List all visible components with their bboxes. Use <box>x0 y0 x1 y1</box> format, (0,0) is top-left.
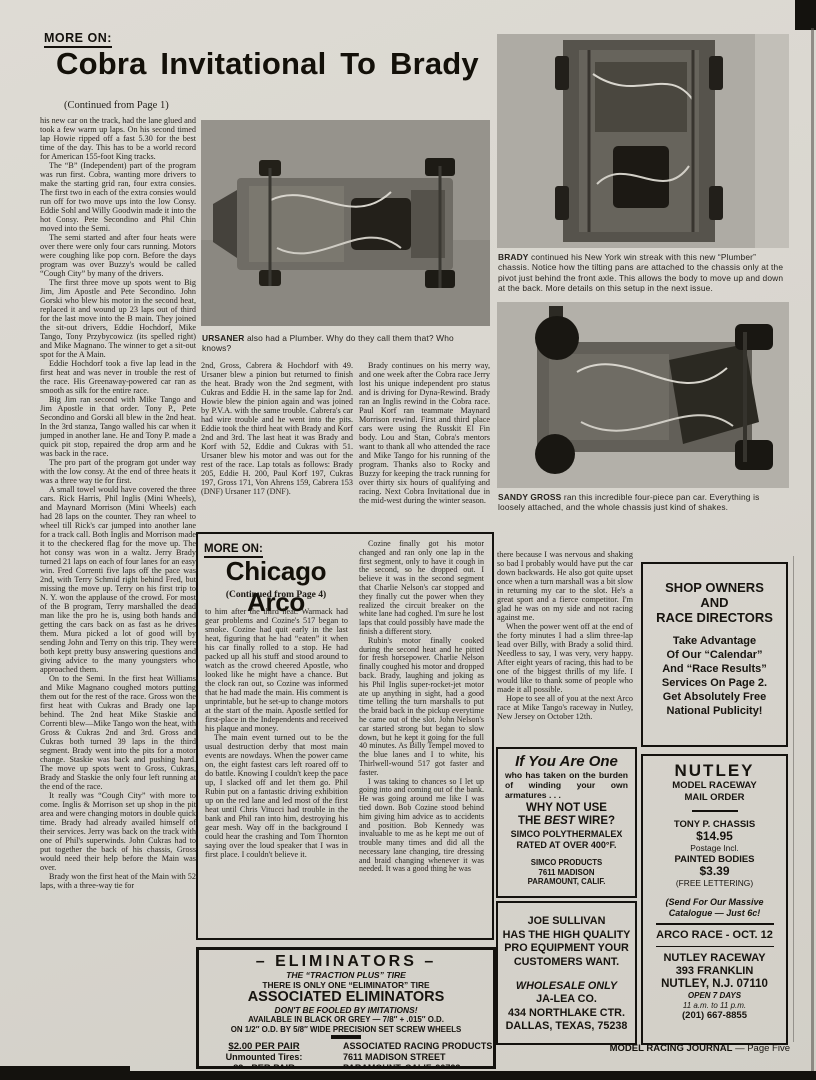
page-title: Cobra Invitational To Brady <box>56 46 479 82</box>
footer-page-number: — Page Five <box>732 1043 790 1054</box>
shop-owners-body-line: Take Advantage <box>643 634 786 648</box>
shop-owners-ad: SHOP OWNERS AND RACE DIRECTORS Take Adva… <box>641 562 788 747</box>
nutley-item-2-price: $3.39 <box>643 865 786 878</box>
simco-wire-ad: If You Are One who has taken on the burd… <box>496 747 637 898</box>
shop-owners-title-line: SHOP OWNERS <box>643 580 786 595</box>
nutley-catalog-line-1: (Send For Our Massive <box>643 897 786 908</box>
nutley-phone: (201) 667-8855 <box>643 1010 786 1022</box>
paragraph: Brady continues on his merry way, and on… <box>359 361 490 505</box>
paragraph: I was taking to chances so I let up goin… <box>359 778 484 875</box>
article-column-2: 2nd, Gross, Cabrera & Hochdorf with 49. … <box>201 361 353 531</box>
simco-rating-line: RATED AT OVER 400°F. <box>498 840 635 851</box>
paragraph: The first three move up spots went to Bi… <box>40 278 196 359</box>
eliminators-brand: ASSOCIATED ELIMINATORS <box>199 990 493 1005</box>
nutley-open-hours: 11 a.m. to 11 p.m. <box>643 1001 786 1011</box>
sullivan-line: HAS THE HIGH QUALITY <box>498 929 635 943</box>
paragraph: Rubin's motor finally cooked during the … <box>359 637 484 778</box>
ursaner-chassis-photo <box>201 120 490 326</box>
nutley-arco-race-line: ARCO RACE - OCT. 12 <box>643 929 786 942</box>
nutley-catalog-line-2: Catalogue — Just 6c! <box>643 908 786 919</box>
sullivan-address-line: 434 NORTHLAKE CTR. <box>498 1007 635 1021</box>
nutley-raceway-line: 393 FRANKLIN <box>643 965 786 978</box>
eliminators-divider <box>331 1035 361 1039</box>
nutley-subtitle-2: MAIL ORDER <box>643 792 786 804</box>
simco-why-post: WIRE? <box>575 815 615 827</box>
article-column-4: there because I was nervous and shaking … <box>497 550 633 746</box>
scan-edge-right <box>811 28 814 1071</box>
sullivan-address-line: JA-LEA CO. <box>498 993 635 1007</box>
scan-edge-top-right <box>795 0 816 30</box>
nutley-item-1-price: $14.95 <box>643 830 786 843</box>
chicago-column-2: Cozine finally got his motor changed and… <box>359 540 484 930</box>
brady-photo-art <box>497 34 789 248</box>
shop-owners-body-line: Get Absolutely Free <box>643 690 786 704</box>
paragraph: On to the Semi. In the first heat Willia… <box>40 674 196 791</box>
paragraph: It really was “Cough City” with more to … <box>40 791 196 872</box>
simco-why-pre: THE <box>518 815 544 827</box>
shop-owners-body-line: And “Race Results” <box>643 662 786 676</box>
paragraph: The main event turned out to be the usua… <box>205 733 348 859</box>
nutley-raceway-ad: NUTLEY MODEL RACEWAY MAIL ORDER TONY P. … <box>641 754 788 1045</box>
paragraph: Brady won the first heat of the Main wit… <box>40 872 196 890</box>
sullivan-line: JOE SULLIVAN <box>498 915 635 929</box>
eliminators-title: – ELIMINATORS – <box>199 953 493 970</box>
simco-why-line-2: THE BEST WIRE? <box>498 815 635 828</box>
continued-from-note: (Continued from Page 1) <box>64 100 169 111</box>
ursaner-photo-art <box>201 120 490 326</box>
sullivan-address-line: DALLAS, TEXAS, 75238 <box>498 1020 635 1034</box>
nutley-raceway-line: NUTLEY RACEWAY <box>643 952 786 965</box>
simco-intro: who has taken on the burden of winding y… <box>498 770 635 800</box>
sandy-gross-photo-art <box>497 302 789 488</box>
simco-address: SIMCO PRODUCTS 7611 MADISON PARAMOUNT, C… <box>498 858 635 887</box>
paragraph: A small towel would have covered the thr… <box>40 485 196 674</box>
shop-owners-title-block: SHOP OWNERS AND RACE DIRECTORS <box>643 580 786 625</box>
eliminators-pricing: $2.00 PER PAIR Unmounted Tires: 89c PER … <box>199 1041 329 1069</box>
article-column-3: Brady continues on his merry way, and on… <box>359 361 490 531</box>
article-column-1: his new car on the track, had the lane g… <box>40 116 196 1062</box>
shop-owners-title-line: RACE DIRECTORS <box>643 610 786 625</box>
paragraph: When the power went off at the end of th… <box>497 622 633 694</box>
paragraph: Eddie Hochdorf took a five lap lead in t… <box>40 359 196 395</box>
ursaner-caption: URSANER also had a Plumber. Why do they … <box>202 333 484 354</box>
paragraph: Hope to see all of you at the next Arco … <box>497 694 633 721</box>
simco-address-line: PARAMOUNT, CALIF. <box>498 877 635 887</box>
page-footer: MODEL RACING JOURNAL — Page Five <box>420 1043 790 1054</box>
sandy-gross-caption: SANDY GROSS ran this incredible four-pie… <box>498 492 788 513</box>
simco-best-word: BEST <box>544 815 575 827</box>
chicago-arco-section: MORE ON: Chicago Arco (Continued from Pa… <box>196 532 494 940</box>
brady-caption-lead: BRADY <box>498 252 529 262</box>
sullivan-wholesale-note: WHOLESALE ONLY <box>498 980 635 993</box>
eliminators-address-line: PARAMOUNT, CALIF. 90723 <box>343 1063 492 1069</box>
paragraph: Cozine finally got his motor changed and… <box>359 540 484 637</box>
nutley-open-days: OPEN 7 DAYS <box>643 991 786 1001</box>
sullivan-headline-block: JOE SULLIVAN HAS THE HIGH QUALITY PRO EQ… <box>498 915 635 969</box>
nutley-subtitle-1: MODEL RACEWAY <box>643 780 786 792</box>
eliminators-price-pair: $2.00 PER PAIR <box>199 1041 329 1052</box>
paragraph: Big Jim ran second with Mike Tango and J… <box>40 395 196 458</box>
sullivan-line: CUSTOMERS WANT. <box>498 956 635 970</box>
shop-owners-body-line: National Publicity! <box>643 704 786 718</box>
sandy-gross-car-photo <box>497 302 789 488</box>
nutley-item-2-note: (FREE LETTERING) <box>643 878 786 888</box>
paragraph: The “B” (Independent) part of the progra… <box>40 161 196 233</box>
paragraph: his new car on the track, had the lane g… <box>40 116 196 161</box>
paragraph: The pro part of the program got under wa… <box>40 458 196 485</box>
scan-edge-bottom-left <box>0 1066 130 1080</box>
paragraph: 2nd, Gross, Cabrera & Hochdorf with 49. … <box>201 361 353 496</box>
nutley-raceway-line: NUTLEY, N.J. 07110 <box>643 978 786 991</box>
eliminators-unmounted-price: 89c PER PAIR <box>199 1063 329 1070</box>
joe-sullivan-ad: JOE SULLIVAN HAS THE HIGH QUALITY PRO EQ… <box>496 901 637 1045</box>
paragraph: to him after the third heat. Warmack had… <box>205 607 348 733</box>
paragraph: there because I was nervous and shaking … <box>497 550 633 622</box>
shop-owners-body-block: Take Advantage Of Our “Calendar” And “Ra… <box>643 634 786 718</box>
shop-owners-title-line: AND <box>643 595 786 610</box>
simco-why-line-1: WHY NOT USE <box>498 802 635 815</box>
brady-caption-text: continued his New York win streak with t… <box>498 252 783 293</box>
ursaner-caption-lead: URSANER <box>202 333 244 343</box>
nutley-divider-small <box>692 810 738 812</box>
simco-address-line: SIMCO PRODUCTS <box>498 858 635 868</box>
brady-chassis-photo <box>497 34 789 248</box>
page-trim-line <box>793 556 795 1042</box>
simco-address-line: 7611 MADISON <box>498 868 635 878</box>
nutley-divider-wide <box>656 923 774 925</box>
simco-headline: If You Are One <box>498 753 635 770</box>
sandy-gross-caption-lead: SANDY GROSS <box>498 492 561 502</box>
chicago-column-1: to him after the third heat. Warmack had… <box>205 607 348 929</box>
nutley-title: NUTLEY <box>643 762 786 780</box>
eliminators-warning: DON'T BE FOOLED BY IMITATIONS! <box>199 1005 493 1015</box>
eliminators-spec-1: AVAILABLE IN BLACK OR GREY — 7/8″ + .015… <box>199 1015 493 1025</box>
nutley-item-1-note: Postage Incl. <box>643 843 786 853</box>
nutley-divider-wide-2 <box>656 946 774 948</box>
shop-owners-body-line: Services On Page 2. <box>643 676 786 690</box>
magazine-page: MORE ON: Cobra Invitational To Brady (Co… <box>0 0 816 1080</box>
simco-product-line: SIMCO POLYTHERMALEX <box>498 829 635 840</box>
paragraph: The semi started and after four heats we… <box>40 233 196 278</box>
eliminators-unmounted-label: Unmounted Tires: <box>199 1052 329 1063</box>
chicago-continued-note: (Continued from Page 4) <box>198 590 354 600</box>
eliminators-spec-2: ON 1/2″ O.D. BY 5/8″ WIDE PRECISION SET … <box>199 1025 493 1035</box>
sullivan-line: PRO EQUIPMENT YOUR <box>498 942 635 956</box>
shop-owners-body-line: Of Our “Calendar” <box>643 648 786 662</box>
eliminators-subtitle: THE “TRACTION PLUS” TIRE <box>199 970 493 980</box>
footer-journal-name: MODEL RACING JOURNAL <box>610 1043 733 1054</box>
brady-caption: BRADY continued his New York win streak … <box>498 252 788 294</box>
